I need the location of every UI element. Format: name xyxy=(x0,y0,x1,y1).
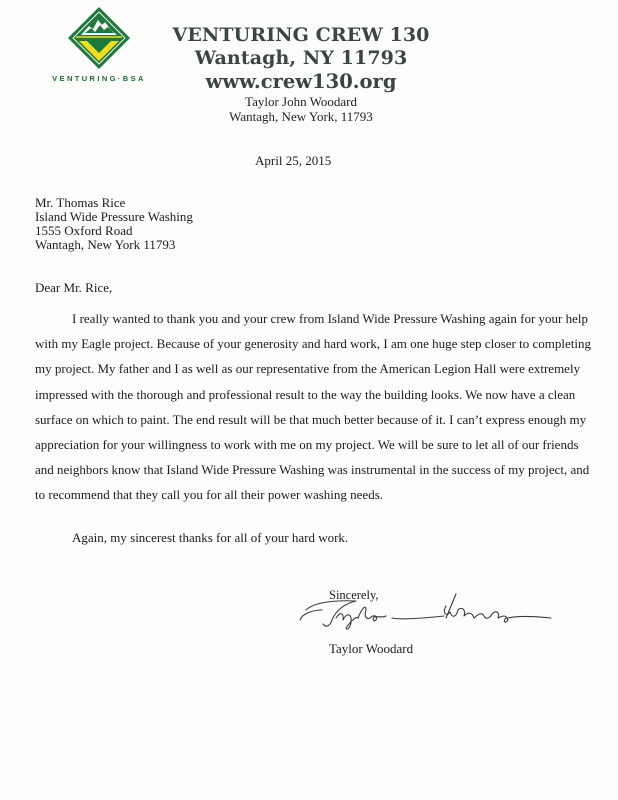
recipient-address: Mr. Thomas Rice Island Wide Pressure Was… xyxy=(35,196,193,252)
sender-city: Wantagh, New York, 11793 xyxy=(170,109,432,124)
recipient-line: Wantagh, New York 11793 xyxy=(35,238,193,252)
logo-text: VENTURING·BSA xyxy=(42,74,156,83)
org-name: VENTURING CREW 130 xyxy=(170,24,432,47)
salutation: Dear Mr. Rice, xyxy=(35,280,112,296)
org-city-line: Wantagh, NY 11793 xyxy=(170,47,432,70)
handwritten-signature-icon xyxy=(296,588,556,636)
recipient-line: Island Wide Pressure Washing xyxy=(35,210,193,224)
letter-date: April 25, 2015 xyxy=(255,153,331,169)
venturing-bsa-emblem-icon xyxy=(67,6,131,70)
body-paragraph: I really wanted to thank you and your cr… xyxy=(35,306,595,508)
letterhead: VENTURING CREW 130 Wantagh, NY 11793 www… xyxy=(170,24,432,124)
closing-line: Again, my sincerest thanks for all of yo… xyxy=(72,530,348,546)
org-website[interactable]: www.crew130.org xyxy=(170,70,432,94)
sender-name: Taylor John Woodard xyxy=(170,94,432,109)
signed-name: Taylor Woodard xyxy=(329,641,413,657)
recipient-line: Mr. Thomas Rice xyxy=(35,196,193,210)
venturing-logo: VENTURING·BSA xyxy=(42,6,156,90)
recipient-line: 1555 Oxford Road xyxy=(35,224,193,238)
